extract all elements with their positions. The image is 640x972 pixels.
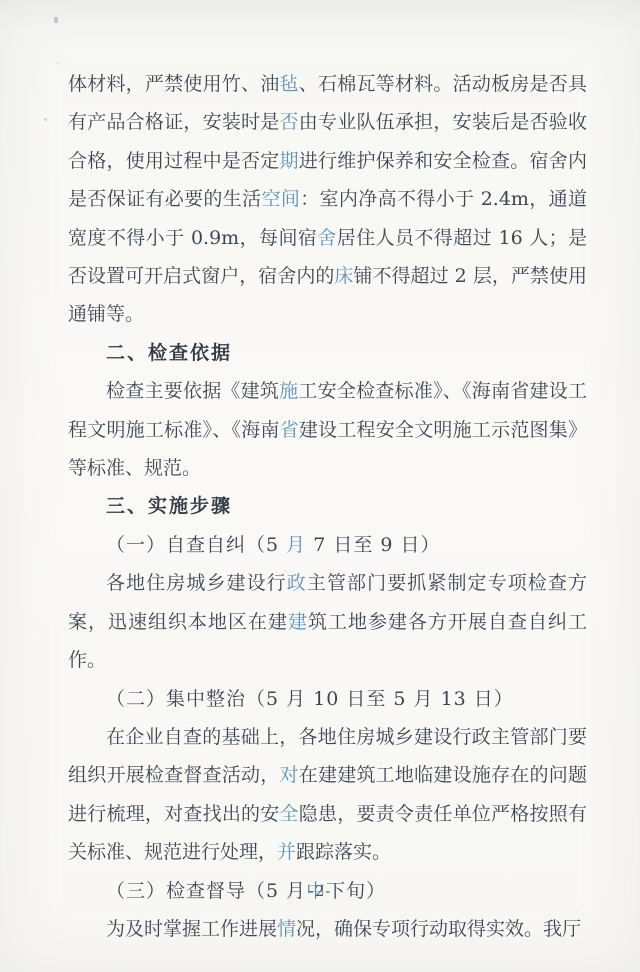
text-run: 跟踪落实。 <box>296 841 391 863</box>
paragraph: 各地住房城乡建设行政主管部门要抓紧制定专项检查方案，迅速组织本地区在建建筑工地参… <box>68 564 587 679</box>
highlighted-char: 空间 <box>261 188 300 210</box>
text-run: 各地住房城乡建设行 <box>106 572 287 594</box>
highlighted-char: 政 <box>287 572 307 594</box>
scan-speck <box>44 118 47 121</box>
highlighted-char: 否 <box>280 111 299 133</box>
text-run: 二、检查依据 <box>106 342 232 364</box>
highlighted-char: 床 <box>334 265 353 287</box>
sub-heading: （一）自查自纠（5 月 7 日至 9 日） <box>68 526 587 564</box>
sub-heading: （二）集中整治（5 月 10 日至 5 月 13 日） <box>68 680 587 718</box>
text-run: 为及时掌握工作进展 <box>106 918 277 940</box>
text-run: （二）集中整治（5 月 10 日至 5 月 13 日） <box>106 688 514 710</box>
highlighted-char: 建 <box>288 611 308 633</box>
text-run: 检查主要依据《建筑 <box>106 380 279 402</box>
text-run: 三、实施步骤 <box>106 495 232 517</box>
text-run: 况，确保专项行动取得实效。我厅 <box>296 918 581 940</box>
paragraph: 在企业自查的基础上，各地住房城乡建设行政主管部门要组织开展检查督查活动，对在建建… <box>68 718 587 872</box>
highlighted-char: 全 <box>280 803 299 825</box>
highlighted-char: 月 <box>286 534 306 556</box>
section-heading: 二、检查依据 <box>68 334 587 372</box>
paragraph: 为及时掌握工作进展情况，确保专项行动取得实效。我厅 <box>68 910 587 948</box>
paragraph: 检查主要依据《建筑施工安全检查标准》、《海南省建设工程文明施工标准》、《海南省建… <box>68 372 587 487</box>
text-run: 7 日至 9 日） <box>306 534 440 556</box>
highlighted-char: 期 <box>280 150 299 172</box>
scan-speck <box>57 62 59 64</box>
highlighted-char: 省 <box>280 419 299 441</box>
highlighted-char: 对 <box>280 764 299 786</box>
highlighted-char: 舍 <box>317 227 336 249</box>
highlighted-char: 毡 <box>280 73 299 95</box>
section-heading: 三、实施步骤 <box>68 487 587 525</box>
text-run: 体材料，严禁使用竹、油 <box>68 73 280 95</box>
highlighted-char: 情 <box>277 918 296 940</box>
paragraph: 体材料，严禁使用竹、油毡、石棉瓦等材料。活动板房是否具有产品合格证，安装时是否由… <box>68 65 587 334</box>
scan-speck <box>54 17 58 23</box>
text-run: （一）自查自纠（5 <box>106 534 286 556</box>
highlighted-char: 施 <box>279 380 298 402</box>
highlighted-char: 并 <box>277 841 296 863</box>
document-page: 体材料，严禁使用竹、油毡、石棉瓦等材料。活动板房是否具有产品合格证，安装时是否由… <box>0 0 640 972</box>
page-number: -2- <box>0 882 640 900</box>
document-body: 体材料，严禁使用竹、油毡、石棉瓦等材料。活动板房是否具有产品合格证，安装时是否由… <box>68 65 587 948</box>
